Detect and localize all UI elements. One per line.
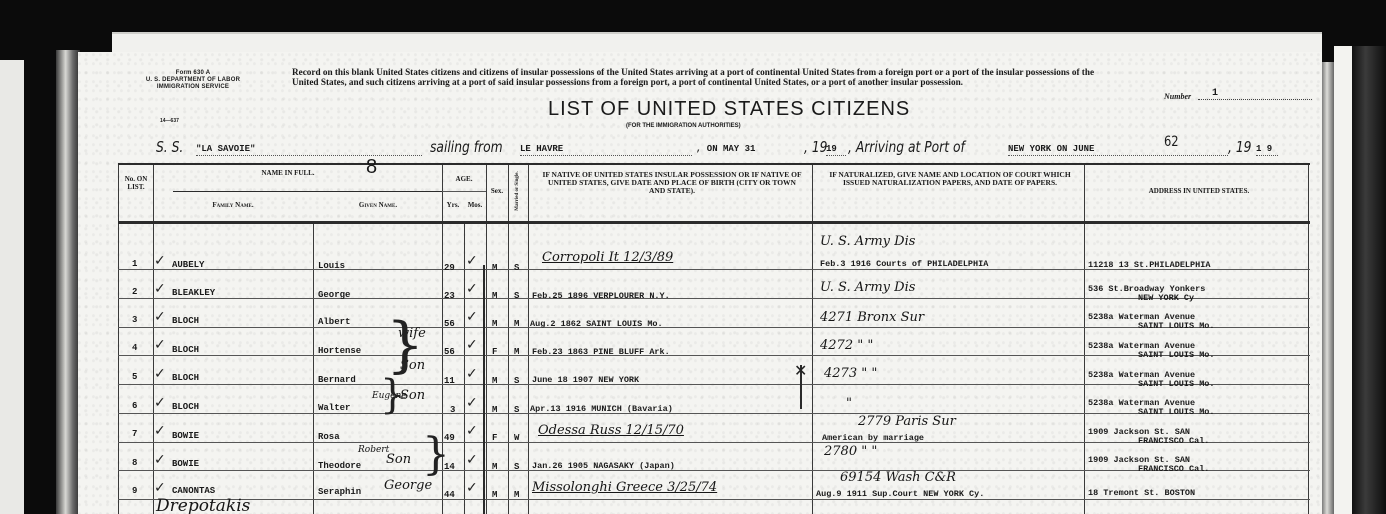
col-family-name: Family Name. <box>158 201 308 209</box>
sex: M <box>492 490 497 500</box>
family-name: BLOCH <box>172 373 199 383</box>
check-mark-icon: ✓ <box>154 309 166 325</box>
form-code: 14—637 <box>160 118 179 124</box>
given-name: Rosa <box>318 432 340 442</box>
naturalization-note: 4273 " " <box>824 367 877 381</box>
voyage-line: S. S. "LA SAVOIE" sailing from LE HAVRE … <box>78 138 1322 160</box>
family-name: BLOCH <box>172 316 199 326</box>
year-label-1: , 19 <box>804 138 827 156</box>
given-name: Seraphin <box>318 487 361 497</box>
col-mos: Mos. <box>464 201 486 209</box>
marital-status: S <box>514 376 519 386</box>
manifest-sheet: Form 630 A U. S. DEPARTMENT OF LABOR IMM… <box>78 52 1322 514</box>
check-mark-icon: ✓ <box>154 452 166 468</box>
arrival-day: 62 <box>1164 134 1179 150</box>
sex: F <box>492 433 497 443</box>
naturalization-note: " <box>846 397 852 411</box>
family-name: BOWIE <box>172 431 199 441</box>
check-mark-icon: ✓ <box>466 309 478 325</box>
address-line-2: SAINT LOUIS Mo. <box>1138 322 1215 331</box>
given-name: Theodore <box>318 461 361 471</box>
birth-place-handwritten: Corropoli It 12/3/89 <box>542 251 673 265</box>
page-edge-right <box>1320 62 1334 514</box>
address: 11218 13 St.PHILADELPHIA <box>1088 261 1210 270</box>
page-title: LIST OF UNITED STATES CITIZENS <box>548 98 910 121</box>
row-number: 5 <box>132 372 137 382</box>
check-mark-icon: ✓ <box>154 281 166 297</box>
check-mark-icon: ✓ <box>466 366 478 382</box>
given-name: Albert <box>318 317 350 327</box>
age-years: 23 <box>444 291 455 301</box>
family-name: BOWIE <box>172 459 199 469</box>
sex: M <box>492 462 497 472</box>
family-name-correction: Drepotakis <box>156 499 250 513</box>
col-married: Married or Single. <box>514 163 522 219</box>
check-mark-icon: ✓ <box>466 452 478 468</box>
age-years: 44 <box>444 490 455 500</box>
marital-status: S <box>514 263 519 273</box>
row-number: 4 <box>132 343 137 353</box>
row-number: 6 <box>132 401 137 411</box>
form-identifier: Form 630 A U. S. DEPARTMENT OF LABOR IMM… <box>118 70 268 91</box>
check-mark-icon: ✓ <box>154 366 166 382</box>
check-mark-icon: ✓ <box>466 480 478 496</box>
marital-status: S <box>514 405 519 415</box>
address-line-2: SAINT LOUIS Mo. <box>1138 380 1215 389</box>
given-name-note: George <box>384 479 432 493</box>
given-name: Louis <box>318 261 345 271</box>
check-mark-icon: ✓ <box>154 480 166 496</box>
marital-status: W <box>514 433 519 443</box>
long-pen-stroke <box>483 265 485 514</box>
given-name: Bernard <box>318 375 356 385</box>
naturalization-note: 2780 " " <box>824 445 877 459</box>
manifest-table: No. ON LIST. NAME IN FULL. 8 Family Name… <box>118 163 1310 514</box>
relation-note: Son <box>386 453 411 467</box>
col-naturalized: IF NATURALIZED, GIVE NAME AND LOCATION O… <box>822 171 1078 187</box>
arriving-label: , Arriving at Port of <box>848 138 965 156</box>
marital-status: M <box>514 347 519 357</box>
col-given-name: Given Name. <box>316 201 440 209</box>
marital-status: S <box>514 291 519 301</box>
family-name: BLOCH <box>172 402 199 412</box>
sex: F <box>492 347 497 357</box>
naturalization-note: 2779 Paris Sur <box>858 415 956 429</box>
row-number: 9 <box>132 486 137 496</box>
birth-place: Apr.13 1916 MUNICH (Bavaria) <box>530 404 673 414</box>
check-mark-icon: ✓ <box>466 395 478 411</box>
age-years: 29 <box>444 263 455 273</box>
family-name: AUBELY <box>172 260 204 270</box>
sailing-from-label: sailing from <box>430 138 503 156</box>
marital-status: M <box>514 490 519 500</box>
birth-place-handwritten: Odessa Russ 12/15/70 <box>538 424 684 438</box>
address-line-2: NEW YORK Cy <box>1138 294 1194 303</box>
naturalization: Feb.3 1916 Courts of PHILADELPHIA <box>820 259 988 269</box>
family-brace-icon: } <box>380 375 405 415</box>
port-from: LE HAVRE <box>520 144 692 156</box>
sex: M <box>492 376 497 386</box>
adjacent-page-left <box>0 60 24 514</box>
form-number: Form 630 A <box>118 70 268 77</box>
age-years: 56 <box>444 347 455 357</box>
birth-place: Feb.23 1863 PINE BLUFF Ark. <box>532 347 670 357</box>
sex: M <box>492 291 497 301</box>
birth-place-handwritten: Missolonghi Greece 3/25/74 <box>532 481 717 495</box>
sex: M <box>492 405 497 415</box>
family-name: BLEAKLEY <box>172 288 215 298</box>
page-mark: 8 <box>366 163 377 171</box>
family-name: CANONTAS <box>172 486 215 496</box>
ss-label: S. S. <box>156 138 183 156</box>
family-name: BLOCH <box>172 345 199 355</box>
department: U. S. DEPARTMENT OF LABOR <box>118 77 268 84</box>
year-label-2: , 19 <box>1228 138 1251 156</box>
scanner-border <box>1352 46 1386 514</box>
age-years: 56 <box>444 319 455 329</box>
record-instructions: Record on this blank United States citiz… <box>292 68 1102 87</box>
age-years: 11 <box>444 376 455 386</box>
col-address: ADDRESS IN UNITED STATES. <box>1094 187 1304 195</box>
departure-date: , ON MAY 31 <box>696 144 804 155</box>
check-mark-icon: ✓ <box>466 423 478 439</box>
check-mark-icon: ✓ <box>466 253 478 269</box>
naturalization-note: U. S. Army Dis <box>820 235 915 249</box>
year-2: 1 9 <box>1256 144 1278 156</box>
family-brace-icon: } <box>386 315 424 375</box>
year-1: 19 <box>826 144 846 156</box>
birth-place: Jan.26 1905 NAGASAKY (Japan) <box>532 461 675 471</box>
naturalization: American by marriage <box>822 433 924 443</box>
ship-name: "LA SAVOIE" <box>196 144 422 156</box>
sex: M <box>492 319 497 329</box>
marital-status: M <box>514 319 519 329</box>
col-name-in-full: NAME IN FULL. <box>218 169 358 177</box>
port-to: NEW YORK ON JUNE <box>1008 144 1228 156</box>
col-birth: IF NATIVE OF UNITED STATES INSULAR POSSE… <box>540 171 804 195</box>
address-line-2: SAINT LOUIS Mo. <box>1138 408 1215 417</box>
row-number: 7 <box>132 429 137 439</box>
naturalization-note: U. S. Army Dis <box>820 281 915 295</box>
marital-status: S <box>514 462 519 472</box>
given-name: Hortense <box>318 346 361 356</box>
page-edge-left <box>56 50 80 514</box>
number-value: 1 <box>1198 88 1312 100</box>
birth-place: Feb.25 1896 VERPLOURER N.Y. <box>532 291 670 301</box>
naturalization-note: 4272 " " <box>820 339 873 353</box>
col-yrs: Yrs. <box>442 201 464 209</box>
address-line-2: SAINT LOUIS Mo. <box>1138 351 1215 360</box>
check-mark-icon: ✓ <box>154 423 166 439</box>
check-mark-icon: ✓ <box>154 395 166 411</box>
service: IMMIGRATION SERVICE <box>118 84 268 91</box>
row-number: 2 <box>132 287 137 297</box>
check-mark-icon: ✓ <box>154 337 166 353</box>
col-sex: Sex. <box>486 187 508 195</box>
check-mark-icon: ✓ <box>466 337 478 353</box>
number-label: Number <box>1164 92 1191 101</box>
col-age: AGE. <box>442 175 486 183</box>
given-name: George <box>318 290 350 300</box>
cross-mark-icon: ✕ <box>794 361 807 380</box>
given-name: Walter <box>318 403 350 413</box>
family-brace-icon: } <box>422 433 450 477</box>
col-no: No. ON LIST. <box>120 175 152 191</box>
row-number: 3 <box>132 315 137 325</box>
address-line-2: FRANCISCO Cal. <box>1138 465 1209 474</box>
check-mark-icon: ✓ <box>466 281 478 297</box>
age-years: 3 <box>450 405 455 415</box>
row-number: 1 <box>132 259 137 269</box>
naturalization-note: 69154 Wash C&R <box>840 471 956 485</box>
naturalization-note: 4271 Bronx Sur <box>820 311 924 325</box>
sex: M <box>492 263 497 273</box>
robert-note: Robert <box>358 443 389 457</box>
birth-place: June 18 1907 NEW YORK <box>532 375 639 385</box>
adjacent-page-right <box>1334 46 1352 514</box>
address: 18 Tremont St. BOSTON <box>1088 489 1195 498</box>
check-mark-icon: ✓ <box>154 253 166 269</box>
page-subtitle: (FOR THE IMMIGRATION AUTHORITIES) <box>626 123 741 129</box>
birth-place: Aug.2 1862 SAINT LOUIS Mo. <box>530 319 663 329</box>
naturalization: Aug.9 1911 Sup.Court NEW YORK Cy. <box>816 489 984 499</box>
row-number: 8 <box>132 458 137 468</box>
address-line-2: FRANCISCO Cal. <box>1138 437 1209 446</box>
